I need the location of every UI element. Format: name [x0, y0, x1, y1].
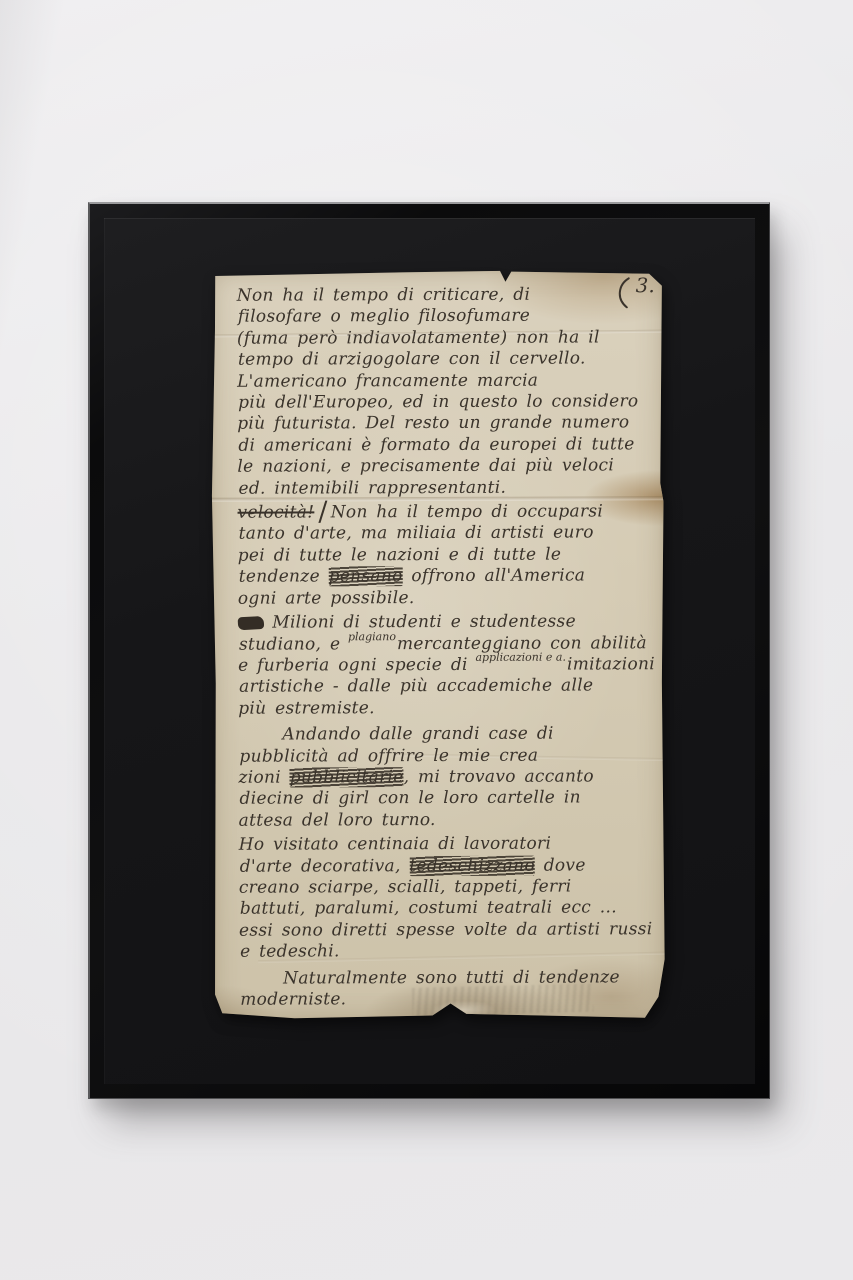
manuscript-token: più futurista. Del resto un grande numer… — [237, 413, 629, 434]
manuscript-paragraph: Andando dalle grandi case dipubblicità a… — [238, 723, 648, 831]
manuscript-paragraph: Non ha il tempo di criticare, difilosofa… — [237, 284, 648, 499]
manuscript-token: ed. intemibili rappresentanti. — [238, 477, 506, 498]
manuscript-token: di americani è formato da europei di tut… — [238, 434, 634, 455]
manuscript-line: essi sono diretti spesse volte da artist… — [239, 919, 649, 942]
manuscript-line: di americani è formato da europei di tut… — [238, 434, 648, 457]
picture-frame: 3. Non ha il tempo di criticare, difilos… — [88, 202, 770, 1099]
manuscript-token: (fuma però indiavolatamente) non ha il — [237, 327, 600, 348]
manuscript-line: tendenze pensano offrono all'America — [239, 566, 649, 589]
manuscript-token: imitazioni — [567, 654, 655, 674]
manuscript-token: L'americano francamente marcia — [237, 370, 538, 391]
manuscript-line: L'americano francamente marcia — [237, 370, 647, 393]
manuscript-line: pei di tutte le nazioni e di tutte le — [238, 544, 648, 567]
manuscript-paper: 3. Non ha il tempo di criticare, difilos… — [211, 269, 666, 1021]
manuscript-token: battuti, paralumi, costumi teatrali ecc … — [240, 898, 617, 919]
manuscript-line: studiano, e plagianomercanteggiano con a… — [239, 633, 649, 656]
manuscript-line: tanto d'arte, ma miliaia di artisti euro — [239, 523, 649, 546]
manuscript-token: attesa del loro turno. — [239, 810, 436, 831]
manuscript-line: artistiche - dalle più accademiche alle — [239, 676, 649, 699]
manuscript-token-strike: velocità! — [238, 502, 315, 522]
manuscript-token: essi sono diretti spesse volte da artist… — [239, 919, 653, 940]
manuscript-token: zioni — [238, 767, 289, 787]
manuscript-line: le nazioni, e precisamente dai più veloc… — [237, 456, 647, 479]
manuscript-paper-wrap: 3. Non ha il tempo di criticare, difilos… — [212, 270, 664, 1020]
manuscript-line: e tedeschi. — [240, 940, 650, 963]
manuscript-token: Milioni di studenti e studentesse — [263, 612, 575, 633]
manuscript-paragraph: velocità!∕Non ha il tempo di occuparsita… — [238, 501, 648, 609]
manuscript-token: d'arte decorativa, — [240, 856, 410, 877]
manuscript-line: Po Milioni di studenti e studentesse — [238, 611, 648, 634]
manuscript-token-sup: plagiano — [348, 632, 396, 642]
manuscript-token: diecine di girl con le loro cartelle in — [240, 788, 581, 809]
manuscript-text: Non ha il tempo di criticare, difilosofa… — [211, 269, 666, 1021]
manuscript-line: pubblicità ad offrire le mie crea — [239, 745, 649, 768]
manuscript-line: filosofare o meglio filosofumare — [238, 306, 648, 329]
manuscript-token-scribble: pubblicitarie — [290, 767, 404, 787]
manuscript-token-sup: applicazioni e a. — [475, 652, 566, 662]
gallery-wall: 3. Non ha il tempo di criticare, difilos… — [0, 0, 853, 1280]
manuscript-line: ogni arte possibile. — [238, 587, 648, 610]
manuscript-paragraph: Naturalmente sono tutti di tendenzemoder… — [239, 967, 649, 1011]
manuscript-token: le nazioni, e precisamente dai più veloc… — [237, 456, 614, 477]
manuscript-token: Non ha il tempo di occuparsi — [331, 501, 603, 522]
manuscript-line: Non ha il tempo di criticare, di — [237, 284, 647, 307]
manuscript-line: attesa del loro turno. — [239, 809, 649, 832]
manuscript-token: Ho visitato centinaia di lavoratori — [239, 834, 552, 855]
manuscript-token: studiano, e — [239, 634, 349, 654]
manuscript-token: , mi trovavo accanto — [404, 766, 594, 787]
manuscript-line: zioni pubblicitarie, mi trovavo accanto — [238, 766, 648, 789]
manuscript-token: e tedeschi. — [240, 942, 340, 962]
manuscript-line: tempo di arzigogolare con il cervello. — [238, 348, 648, 371]
manuscript-line: velocità!∕Non ha il tempo di occuparsi — [238, 501, 648, 524]
manuscript-token-blob: Po — [238, 616, 264, 630]
manuscript-token: filosofare o meglio filosofumare — [238, 306, 530, 327]
manuscript-line: (fuma però indiavolatamente) non ha il — [237, 327, 647, 350]
manuscript-token-scribble: tedeschizzano — [409, 855, 535, 875]
manuscript-token: Naturalmente sono tutti di tendenze — [283, 967, 620, 988]
manuscript-token: dove — [535, 855, 586, 875]
manuscript-line: Andando dalle grandi case di — [238, 723, 648, 746]
manuscript-token: Andando dalle grandi case di — [282, 724, 554, 745]
manuscript-line: più dell'Europeo, ed in questo lo consid… — [238, 391, 648, 414]
manuscript-token: creano sciarpe, scialli, tappeti, ferri — [239, 877, 572, 898]
manuscript-line: Ho visitato centinaia di lavoratori — [239, 833, 649, 856]
manuscript-token: più dell'Europeo, ed in questo lo consid… — [238, 391, 638, 412]
manuscript-token: artistiche - dalle più accademiche alle — [239, 676, 593, 697]
manuscript-token: pubblicità ad offrire le mie crea — [239, 745, 538, 766]
manuscript-token: più estremiste. — [238, 698, 375, 718]
manuscript-line: creano sciarpe, scialli, tappeti, ferri — [239, 876, 649, 899]
manuscript-line: d'arte decorativa, tedeschizzano dove — [240, 855, 650, 878]
manuscript-paragraph: Po Milioni di studenti e studentessestud… — [238, 611, 648, 719]
manuscript-token-mark: ∕ — [318, 496, 328, 527]
manuscript-line: più futurista. Del resto un grande numer… — [237, 413, 647, 436]
manuscript-token: tempo di arzigogolare con il cervello. — [238, 349, 586, 370]
manuscript-line: battuti, paralumi, costumi teatrali ecc … — [240, 898, 650, 921]
manuscript-token: tanto d'arte, ma miliaia di artisti euro — [239, 523, 594, 544]
manuscript-token: pei di tutte le nazioni e di tutte le — [238, 544, 562, 565]
manuscript-line: ed. intemibili rappresentanti. — [238, 477, 648, 500]
manuscript-token: moderniste. — [240, 989, 346, 1009]
manuscript-token: Non ha il tempo di criticare, di — [237, 285, 530, 306]
manuscript-token: ogni arte possibile. — [238, 588, 415, 609]
manuscript-token: offrono all'America — [403, 566, 586, 587]
manuscript-token: tendenze — [239, 567, 329, 587]
manuscript-line: diecine di girl con le loro cartelle in — [240, 788, 650, 811]
manuscript-line: Naturalmente sono tutti di tendenze — [239, 967, 649, 990]
manuscript-paragraph: Ho visitato centinaia di lavoratorid'art… — [239, 833, 649, 963]
manuscript-line: moderniste. — [240, 988, 650, 1011]
manuscript-token-scribble: pensano — [329, 566, 403, 586]
manuscript-line: e furberia ogni specie di applicazioni e… — [238, 654, 648, 677]
manuscript-token: e furberia ogni specie di — [238, 655, 476, 676]
manuscript-line: più estremiste. — [238, 697, 648, 720]
